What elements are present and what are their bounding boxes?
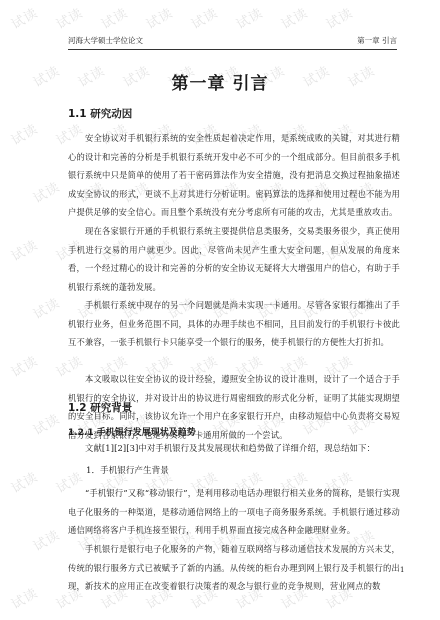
header-chapter: 第一章 引言 bbox=[357, 35, 397, 47]
header-thesis-title: 河海大学硕士学位论文 bbox=[68, 35, 143, 47]
paragraph-5: “手机银行”又称“移动银行”，是利用移动电话办理银行相关业务的简称，是银行实现电… bbox=[68, 484, 400, 540]
section-heading-1-1: 1.1 研究动因 bbox=[68, 106, 132, 121]
subsection-intro: 文献[1][2][3]中对手机银行及其发展现状和趋势做了详细介绍，现总结如下： bbox=[68, 439, 400, 458]
paragraph-3: 手机银行系统中现存的另一个问题就是尚未实现一卡通用。尽管各家银行都推出了手机银行… bbox=[68, 296, 400, 352]
page-number: 1 bbox=[400, 566, 404, 574]
paragraph-1: 安全协议对手机银行系统的安全性质起着决定作用，是系统成败的关键，对其进行精心的设… bbox=[68, 129, 400, 222]
section-heading-1-2: 1.2 研究背景 bbox=[68, 400, 132, 415]
paragraph-2: 现在各家银行开通的手机银行系统主要提供信息类服务，交易类服务很少，真正使用手机进… bbox=[68, 222, 400, 296]
item-heading-1: 1．手机银行产生背景 bbox=[86, 464, 169, 476]
subsection-heading-1-2-1: 1.2.1 手机银行发展现状及趋势 bbox=[68, 425, 196, 438]
document-page: 河海大学硕士学位论文 第一章 引言 第一章 引言 1.1 研究动因 安全协议对手… bbox=[0, 0, 440, 620]
paragraph-6: 手机银行是银行电子化服务的产物，随着互联网络与移动通信技术发展的方兴未艾，传统的… bbox=[68, 540, 400, 596]
running-header: 河海大学硕士学位论文 第一章 引言 bbox=[68, 34, 397, 50]
chapter-title: 第一章 引言 bbox=[0, 69, 440, 94]
